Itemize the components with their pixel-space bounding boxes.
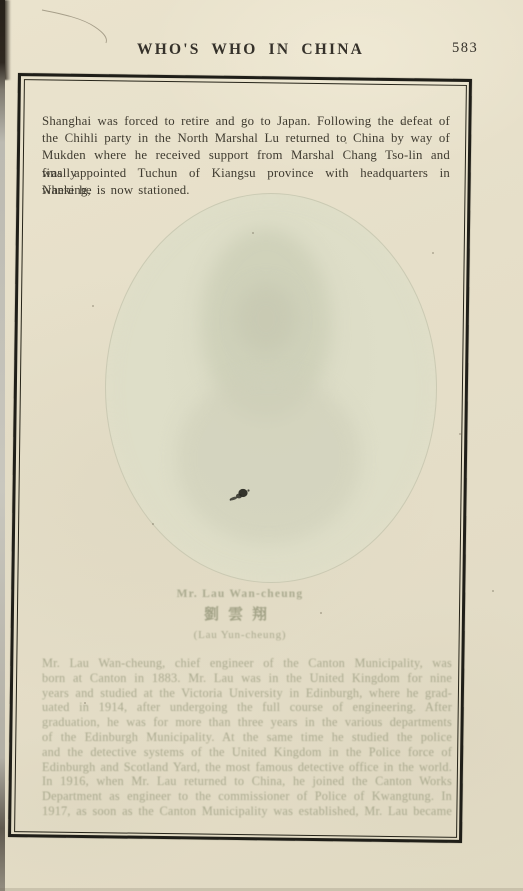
paragraph-line: the Chihli party in the North Marshal Lu… (42, 130, 450, 147)
ghost-caption-name: Mr. Lau Wan-cheung (13, 588, 467, 600)
ghost-line: uated in 1914, after undergoing the full… (42, 700, 452, 715)
ghost-photo-bleedthrough-oval (105, 193, 437, 583)
paragraph-line: was appointed Tuchun of Kiangsu province… (42, 165, 450, 182)
ghost-line: In 1916, when Mr. Lau returned to China,… (42, 774, 452, 789)
ghost-paragraph-bleedthrough: Mr. Lau Wan-cheung, chief engineer of th… (42, 656, 452, 819)
ghost-line: graduation, he was for more than three y… (42, 715, 452, 730)
paragraph-line: Mukden where he received support from Ma… (42, 147, 450, 164)
scanned-book-page: WHO'S WHO IN CHINA 583 Shanghai was forc… (0, 0, 523, 891)
ghost-line: Edinburgh and Scotland Yard, the most fa… (42, 760, 452, 775)
paragraph-line: Shanghai was forced to retire and go to … (42, 113, 450, 130)
ghost-line: born at Canton in 1883. Mr. Lau was in t… (42, 671, 452, 686)
ghost-line: 1917, as soon as the Canton Municipality… (42, 804, 452, 819)
scan-left-edge (0, 0, 5, 891)
ghost-portrait-smudge (236, 284, 296, 354)
ghost-caption-chinese: 劉雲翔 (13, 603, 467, 624)
ghost-caption-romanization: (Lau Yun-cheung) (13, 629, 467, 641)
paper-speck (432, 252, 434, 254)
paper-speck (252, 232, 254, 234)
ghost-line: Department as engineer to the commission… (42, 789, 452, 804)
body-paragraph: Shanghai was forced to retire and go to … (42, 113, 450, 199)
ink-blot-mark (228, 483, 258, 505)
ghost-line: of the Edinburgh Municipality. At the sa… (42, 730, 452, 745)
page-title: WHO'S WHO IN CHINA (137, 41, 364, 59)
paper-speck (152, 523, 154, 525)
running-header: WHO'S WHO IN CHINA 583 (0, 0, 523, 70)
page-number: 583 (452, 40, 478, 57)
ghost-line: Mr. Lau Wan-cheung, chief engineer of th… (42, 656, 452, 671)
ghost-portrait-smudge (176, 374, 361, 544)
paper-speck (459, 433, 461, 435)
ghost-line: years and studied at the Victoria Univer… (42, 686, 452, 701)
paper-speck (492, 590, 494, 592)
paragraph-line: where he is now stationed. (42, 182, 450, 199)
ghost-line: and the detective systems of the United … (42, 745, 452, 760)
paper-speck (92, 305, 94, 307)
